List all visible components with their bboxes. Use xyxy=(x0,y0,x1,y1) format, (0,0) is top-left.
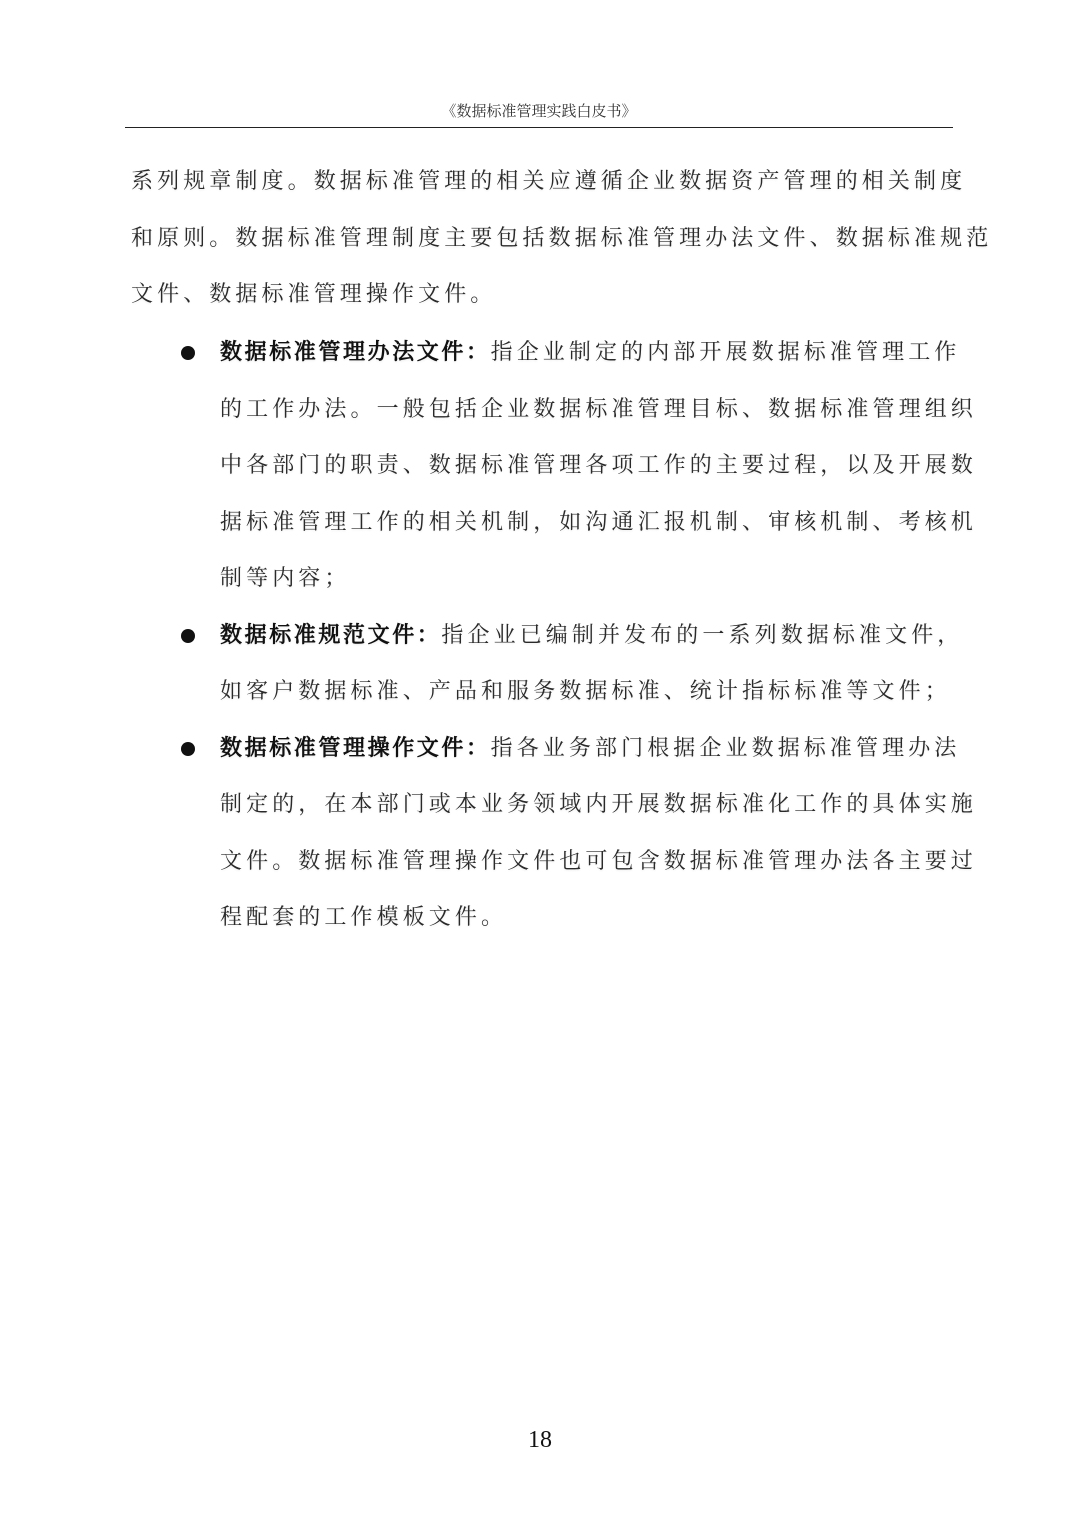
bullet-list: 数据标准管理办法文件：指企业制定的内部开展数据标准管理工作 的工作办法。一般包括… xyxy=(176,325,956,947)
bullet-item-operation-docs: 数据标准管理操作文件：指各业务部门根据企业数据标准管理办法 制定的，在本部门或本… xyxy=(176,721,956,947)
running-header-title: 《数据标准管理实践白皮书》 xyxy=(125,100,953,121)
bullet-term: 数据标准管理操作文件： xyxy=(220,736,491,761)
bullet-first-line: 数据标准规范文件：指企业已编制并发布的一系列数据标准文件， xyxy=(220,608,956,665)
page-number: 18 xyxy=(0,1427,1080,1454)
bullet-item-standard-spec: 数据标准规范文件：指企业已编制并发布的一系列数据标准文件， 如客户数据标准、产品… xyxy=(176,608,956,721)
bullet-dot-icon xyxy=(181,629,195,643)
bullet-dot-icon xyxy=(181,346,195,360)
bullet-line: 中各部门的职责、数据标准管理各项工作的主要过程，以及开展数 xyxy=(220,438,956,495)
bullet-text: 指企业已编制并发布的一系列数据标准文件， xyxy=(441,623,963,648)
paragraph-line: 系列规章制度。数据标准管理的相关应遵循企业数据资产管理的相关制度 xyxy=(131,154,953,211)
bullet-line: 的工作办法。一般包括企业数据标准管理目标、数据标准管理组织 xyxy=(220,382,956,439)
bullet-term: 数据标准规范文件： xyxy=(220,623,441,648)
bullet-item-management-measures: 数据标准管理办法文件：指企业制定的内部开展数据标准管理工作 的工作办法。一般包括… xyxy=(176,325,956,608)
bullet-text: 指企业制定的内部开展数据标准管理工作 xyxy=(491,340,961,365)
bullet-line: 文件。数据标准管理操作文件也可包含数据标准管理办法各主要过 xyxy=(220,834,956,891)
header-divider xyxy=(125,127,953,128)
bullet-line: 如客户数据标准、产品和服务数据标准、统计指标标准等文件； xyxy=(220,664,956,721)
bullet-line: 制等内容； xyxy=(220,551,956,608)
bullet-line: 制定的，在本部门或本业务领域内开展数据标准化工作的具体实施 xyxy=(220,777,956,834)
bullet-text: 指各业务部门根据企业数据标准管理办法 xyxy=(491,736,961,761)
bullet-line: 程配套的工作模板文件。 xyxy=(220,890,956,947)
bullet-first-line: 数据标准管理操作文件：指各业务部门根据企业数据标准管理办法 xyxy=(220,721,956,778)
bullet-first-line: 数据标准管理办法文件：指企业制定的内部开展数据标准管理工作 xyxy=(220,325,956,382)
bullet-term: 数据标准管理办法文件： xyxy=(220,340,491,365)
bullet-line: 据标准管理工作的相关机制，如沟通汇报机制、审核机制、考核机 xyxy=(220,495,956,552)
paragraph-line: 和原则。数据标准管理制度主要包括数据标准管理办法文件、数据标准规范 xyxy=(131,211,953,268)
paragraph-line: 文件、数据标准管理操作文件。 xyxy=(131,267,953,324)
intro-paragraph: 系列规章制度。数据标准管理的相关应遵循企业数据资产管理的相关制度 和原则。数据标… xyxy=(131,154,953,324)
bullet-dot-icon xyxy=(181,742,195,756)
